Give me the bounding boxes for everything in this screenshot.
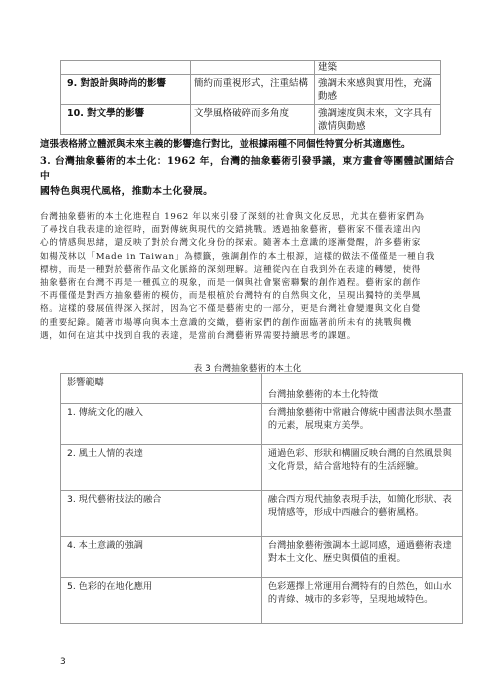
paragraph-line: 的重要紀錄。隨著市場導向與本土意識的交織，藝術家們的創作面臨著前所未有的挑戰與機 [40,317,458,330]
paragraph-line: 遇，如何在這其中找到自我的表達，是當前台灣藝術界需要持續思考的課題。 [40,330,458,343]
table-cell-futurism: 強調未來感與實用性，充滿動感 [314,75,440,105]
header-scope: 影響範疇 [61,374,262,404]
table-cell-scope: 5. 色彩的在地化應用 [61,578,262,624]
table-cell-feature: 台灣抽象藝術中常融合傳統中國書法與水墨畫的元素，展現東方美學。 [261,404,462,445]
table-cell-feature: 台灣抽象藝術強調本土認同感，通過藝術表達對本土文化、歷史與價值的重視。 [261,537,462,578]
table-cell-scope: 2. 風土人情的表達 [61,445,262,491]
paragraph-line: 心的情感與思緒，還反映了對於台灣文化身份的探索。隨著本土意識的逐漸覺醒，許多藝術… [40,237,458,250]
paragraph-line: 抽象藝術在台灣不再是一種孤立的現象，而是一個與社會緊密聯繫的創作過程。藝術家的創… [40,277,458,290]
table-cell-cubism: 文學風格破碎而多角度 [190,105,314,135]
paragraph-line: 標榜，而是一種對於藝術作品文化脈絡的深刻理解。這種從內在自我到外在表達的轉變，使… [40,264,458,277]
paragraph-line: 格。這樣的發展值得深入探討，因為它不僅是藝術史的一部分，更是台灣社會變遷與文化自… [40,303,458,316]
table-cell-scope: 4. 本土意識的強調 [61,537,262,578]
table-cell-cubism: 簡約而重視形式，注重結構 [190,75,314,105]
page-number: 3 [60,657,66,667]
table-cell-futurism: 建築 [314,61,440,75]
section-3-heading: 3. 台灣抽象藝術的本土化：1962 年，台灣的抽象藝術引發爭議，東方畫會等團體… [40,154,460,199]
table-row: 2. 風土人情的表達 通過色彩、形狀和構圖反映台灣的自然風景與文化背景，結合當地… [61,445,463,491]
table-cell-futurism: 強調速度與未來，文字具有激情與動感 [314,105,440,135]
table-cell-impact: 10. 對文學的影響 [61,105,191,135]
table-summary-text: 這張表格將立體派與未來主義的影響進行對比，並根據兩種不同個性特質分析其適應性。 [40,136,470,150]
paragraph-line: 不再僅僅是對西方抽象藝術的模仿，而是根植於台灣特有的自然與文化，呈現出獨特的美學… [40,290,458,303]
table-row: 9. 對設計與時尚的影響 簡約而重視形式，注重結構 強調未來感與實用性，充滿動感 [61,75,441,105]
table-cell-feature: 通過色彩、形狀和構圖反映台灣的自然風景與文化背景，結合當地特有的生活經驗。 [261,445,462,491]
paragraph-line: 如楊茂林以「Made in Taiwan」為標籤，強調創作的本土根源，這樣的做法… [40,251,458,264]
table-cell-cubism [190,61,314,75]
header-feature: 台灣抽象藝術的本土化特徵 [261,374,462,404]
paragraph-line: 了尋找自我表達的途徑時，面對傳統與現代的交錯挑戰。透過抽象藝術，藝術家不僅表達出… [40,224,458,237]
section-3-paragraph: 台灣抽象藝術的本土化進程自 1962 年以來引發了深刻的社會與文化反思，尤其在藝… [40,211,458,343]
paragraph-line: 台灣抽象藝術的本土化進程自 1962 年以來引發了深刻的社會與文化反思，尤其在藝… [40,211,458,224]
table-row: 1. 傳統文化的融入 台灣抽象藝術中常融合傳統中國書法與水墨畫的元素，展現東方美… [61,404,463,445]
table-row: 3. 現代藝術技法的融合 融合西方現代抽象表現手法，如簡化形狀、表現情感等，形成… [61,491,463,537]
heading-line: 國特色與現代風格，推動本土化發展。 [40,184,460,199]
table-3-localization: 影響範疇 台灣抽象藝術的本土化特徵 1. 傳統文化的融入 台灣抽象藝術中常融合傳… [60,373,463,624]
table-row: 10. 對文學的影響 文學風格破碎而多角度 強調速度與未來，文字具有激情與動感 [61,105,441,135]
table-row: 5. 色彩的在地化應用 色彩選擇上常運用台灣特有的自然色，如山水的青綠、城市的多… [61,578,463,624]
table-cell-feature: 融合西方現代抽象表現手法，如簡化形狀、表現情感等，形成中西融合的藝術風格。 [261,491,462,537]
table-cell-impact [61,61,191,75]
table-cell-feature: 色彩選擇上常運用台灣特有的自然色，如山水的青綠、城市的多彩等，呈現地域特色。 [261,578,462,624]
heading-line: 3. 台灣抽象藝術的本土化：1962 年，台灣的抽象藝術引發爭議，東方畫會等團體… [40,154,460,184]
table-cell-impact: 9. 對設計與時尚的影響 [61,75,191,105]
table-cell-scope: 1. 傳統文化的融入 [61,404,262,445]
table-header-row: 影響範疇 台灣抽象藝術的本土化特徵 [61,374,463,404]
table-cell-scope: 3. 現代藝術技法的融合 [61,491,262,537]
table-row: 建築 [61,61,441,75]
table-row: 4. 本土意識的強調 台灣抽象藝術強調本土認同感，通過藝術表達對本土文化、歷史與… [61,537,463,578]
comparison-table-continuation: 建築 9. 對設計與時尚的影響 簡約而重視形式，注重結構 強調未來感與實用性，充… [60,60,441,135]
